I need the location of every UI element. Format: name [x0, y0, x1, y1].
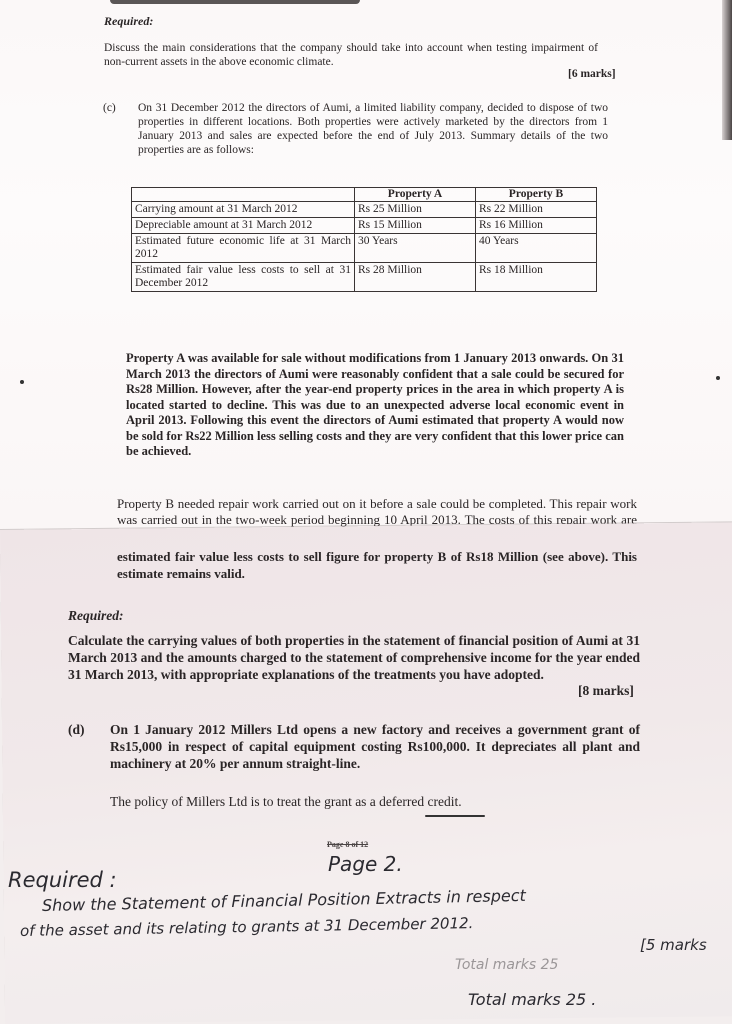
property-a-paragraph: Property A was available for sale withou…: [126, 351, 624, 460]
row-label: Carrying amount at 31 March 2012: [132, 202, 355, 218]
table-header-row: Property A Property B: [132, 188, 597, 202]
handwritten-required-heading: Required :: [8, 868, 117, 892]
part-d-text: On 1 January 2012 Millers Ltd opens a ne…: [110, 721, 640, 772]
properties-table: Property A Property B Carrying amount at…: [131, 187, 597, 292]
table-row: Carrying amount at 31 March 2012 Rs 25 M…: [132, 202, 597, 218]
required-heading-b: Required:: [104, 14, 153, 29]
table-header-property-a: Property A: [355, 188, 476, 202]
row-label: Estimated fair value less costs to sell …: [132, 263, 355, 292]
handwritten-marks: [5 marks: [640, 936, 707, 954]
cell-property-a: 30 Years: [355, 234, 476, 263]
faint-total-marks: Total marks 25: [455, 957, 558, 973]
cell-property-b: Rs 22 Million: [476, 202, 597, 218]
cell-property-a: Rs 28 Million: [355, 263, 476, 292]
table-header-property-b: Property B: [476, 188, 597, 202]
binder-hole-right: [716, 376, 720, 380]
required-heading-c: Required:: [68, 608, 124, 624]
part-c-intro: On 31 December 2012 the directors of Aum…: [138, 101, 608, 157]
printed-page-lower: [0, 522, 732, 1024]
marks-b: [6 marks]: [568, 68, 616, 80]
cell-property-a: Rs 15 Million: [355, 218, 476, 234]
handwritten-underline: [425, 815, 485, 817]
required-text-c: Calculate the carrying values of both pr…: [68, 632, 640, 683]
required-question-b: Discuss the main considerations that the…: [104, 41, 598, 69]
cell-property-a: Rs 25 Million: [355, 202, 476, 218]
binder-hole-left: [20, 380, 24, 384]
property-b-paragraph-bottom: estimated fair value less costs to sell …: [117, 548, 637, 582]
cell-property-b: 40 Years: [476, 234, 597, 263]
part-d-policy: The policy of Millers Ltd is to treat th…: [110, 793, 640, 810]
printed-page-number: Page 8 of 12: [327, 840, 368, 849]
table-row: Depreciable amount at 31 March 2012 Rs 1…: [132, 218, 597, 234]
cell-property-b: Rs 18 Million: [476, 263, 597, 292]
paper-edge-shadow-right: [722, 0, 732, 140]
part-d-label: (d): [68, 721, 85, 738]
handwritten-total-marks: Total marks 25 .: [468, 990, 596, 1009]
cell-property-b: Rs 16 Million: [476, 218, 597, 234]
table-row: Estimated future economic life at 31 Mar…: [132, 234, 597, 263]
handwritten-page-number: Page 2.: [328, 852, 403, 876]
table-row: Estimated fair value less costs to sell …: [132, 263, 597, 292]
table-header-blank: [132, 188, 355, 202]
part-c-label: (c): [103, 101, 116, 115]
marks-c: [8 marks]: [578, 683, 634, 699]
row-label: Depreciable amount at 31 March 2012: [132, 218, 355, 234]
row-label: Estimated future economic life at 31 Mar…: [132, 234, 355, 263]
paper-edge-shadow: [110, 0, 360, 4]
